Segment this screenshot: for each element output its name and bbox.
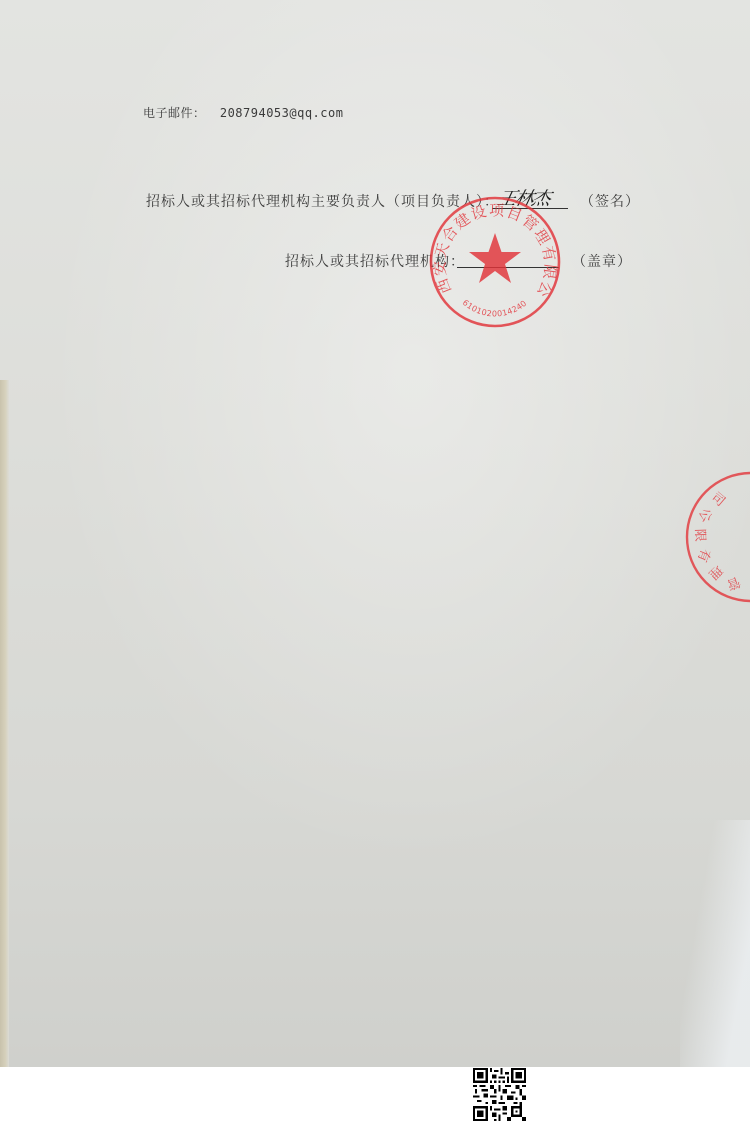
svg-text:理: 理	[705, 562, 725, 582]
qr-code-icon[interactable]	[473, 1068, 526, 1121]
paper-edge-shadow	[0, 380, 9, 1067]
signature-suffix: （签名）	[580, 191, 640, 211]
star-icon	[469, 233, 521, 283]
svg-text:6101020014240: 6101020014240	[461, 298, 529, 318]
svg-text:限: 限	[692, 529, 707, 543]
svg-text:公: 公	[695, 507, 714, 525]
svg-text:有: 有	[694, 546, 713, 564]
seal-number: 6101020014240	[461, 298, 529, 318]
svg-text:管: 管	[725, 573, 742, 592]
company-seal: 西安天合建设项目管理有限公司 6101020014240	[428, 195, 562, 329]
document-photo: 电子邮件： 208794053@qq.com 招标人或其招标代理机构主要负责人（…	[0, 0, 750, 1067]
partial-edge-seal: 管理有限公司	[684, 470, 750, 604]
svg-text:司: 司	[708, 490, 728, 510]
paper-glare	[680, 820, 750, 1067]
email-label: 电子邮件：	[143, 106, 206, 120]
email-row: 电子邮件： 208794053@qq.com	[143, 104, 343, 121]
email-value: 208794053@qq.com	[220, 106, 344, 120]
seal-suffix: （盖章）	[572, 251, 632, 271]
